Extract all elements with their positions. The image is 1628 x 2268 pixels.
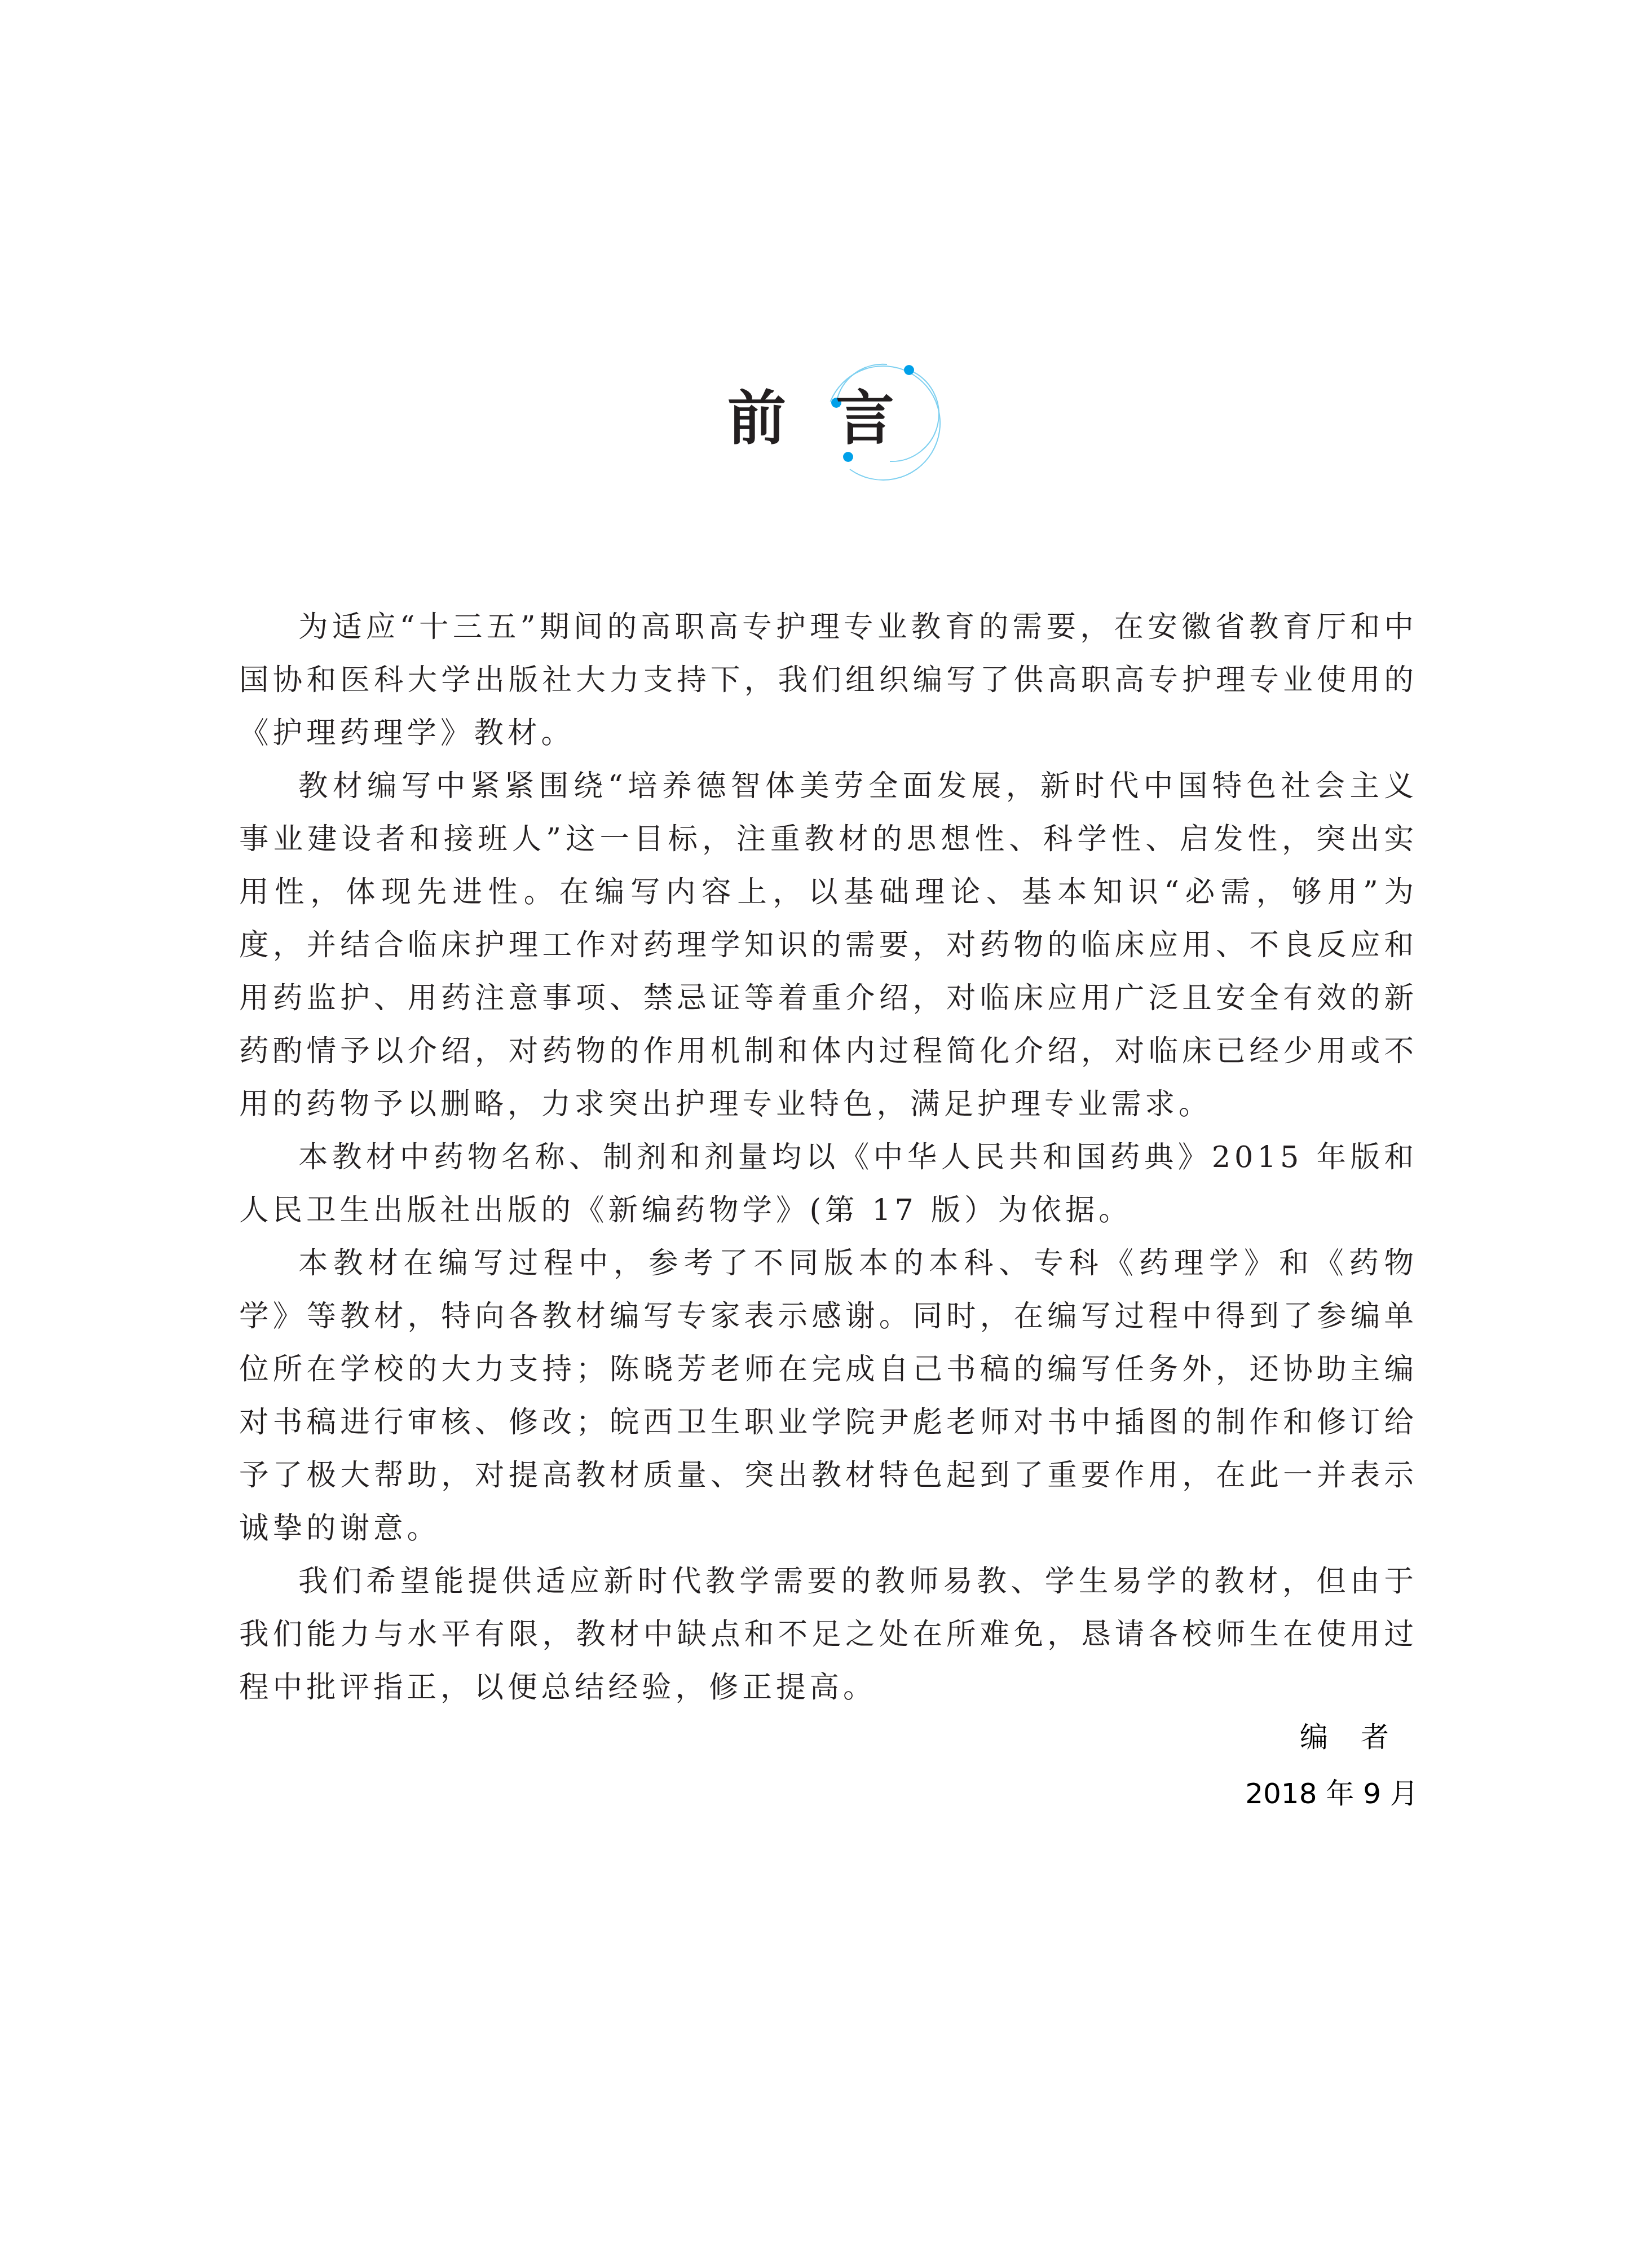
title-char-1: 前 [727, 389, 786, 448]
signature-block: 编者 2018 年 9 月 [1245, 1709, 1418, 1822]
paragraph: 我们希望能提供适应新时代教学需要的教师易教、学生易学的教材，但由于我们能力与水平… [239, 1555, 1418, 1714]
preface-body: 为适应“十三五”期间的高职高专护理专业教育的需要，在安徽省教育厅和中国协和医科大… [239, 601, 1418, 1714]
date-label: 2018 年 9 月 [1245, 1765, 1418, 1822]
document-page: 前 言 为适应“十三五”期间的高职高专护理专业教育的需要，在安徽省教育厅和中国协… [0, 0, 1628, 2268]
paragraph: 本教材中药物名称、制剂和剂量均以《中华人民共和国药典》2015 年版和人民卫生出… [239, 1131, 1418, 1237]
author-label: 编者 [1245, 1709, 1451, 1765]
paragraph: 教材编写中紧紧围绕“培养德智体美劳全面发展，新时代中国特色社会主义事业建设者和接… [239, 760, 1418, 1131]
paragraph: 为适应“十三五”期间的高职高专护理专业教育的需要，在安徽省教育厅和中国协和医科大… [239, 601, 1418, 760]
paragraph: 本教材在编写过程中，参考了不同版本的本科、专科《药理学》和《药物学》等教材，特向… [239, 1237, 1418, 1555]
title-char-2: 言 [836, 389, 894, 448]
preface-title: 前 言 [677, 327, 1015, 496]
